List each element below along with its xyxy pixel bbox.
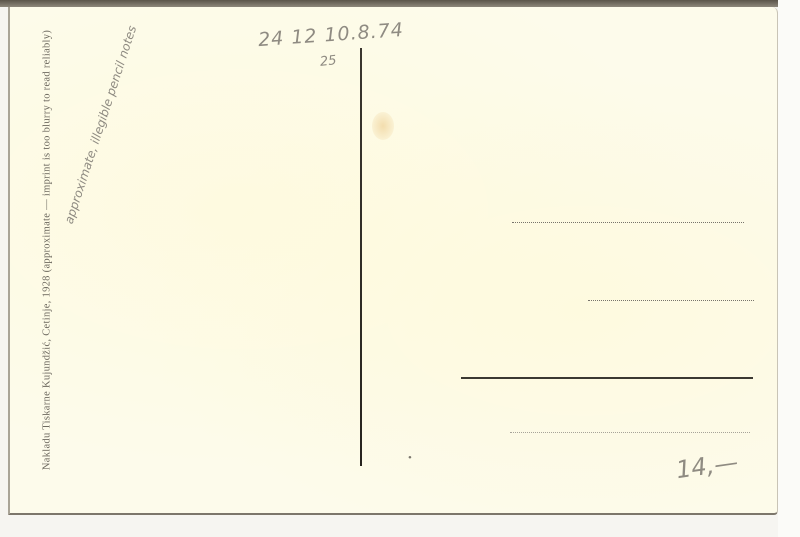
address-line-3: [461, 377, 753, 379]
ink-speck: •: [408, 452, 412, 464]
publisher-imprint: Nakladu Tiskarne Kujundžić, Cetinje, 192…: [36, 80, 58, 420]
pencil-note-top-sub: 25: [319, 53, 337, 70]
address-line-2: [588, 300, 754, 301]
address-line-4: [510, 432, 750, 433]
scan-top-edge: [0, 0, 800, 7]
center-divider-line: [360, 48, 362, 466]
scan-right-margin: [778, 0, 800, 537]
address-line-1: [512, 222, 744, 223]
publisher-imprint-text: Nakladu Tiskarne Kujundžić, Cetinje, 192…: [42, 30, 53, 470]
paper-stain: [372, 112, 394, 140]
